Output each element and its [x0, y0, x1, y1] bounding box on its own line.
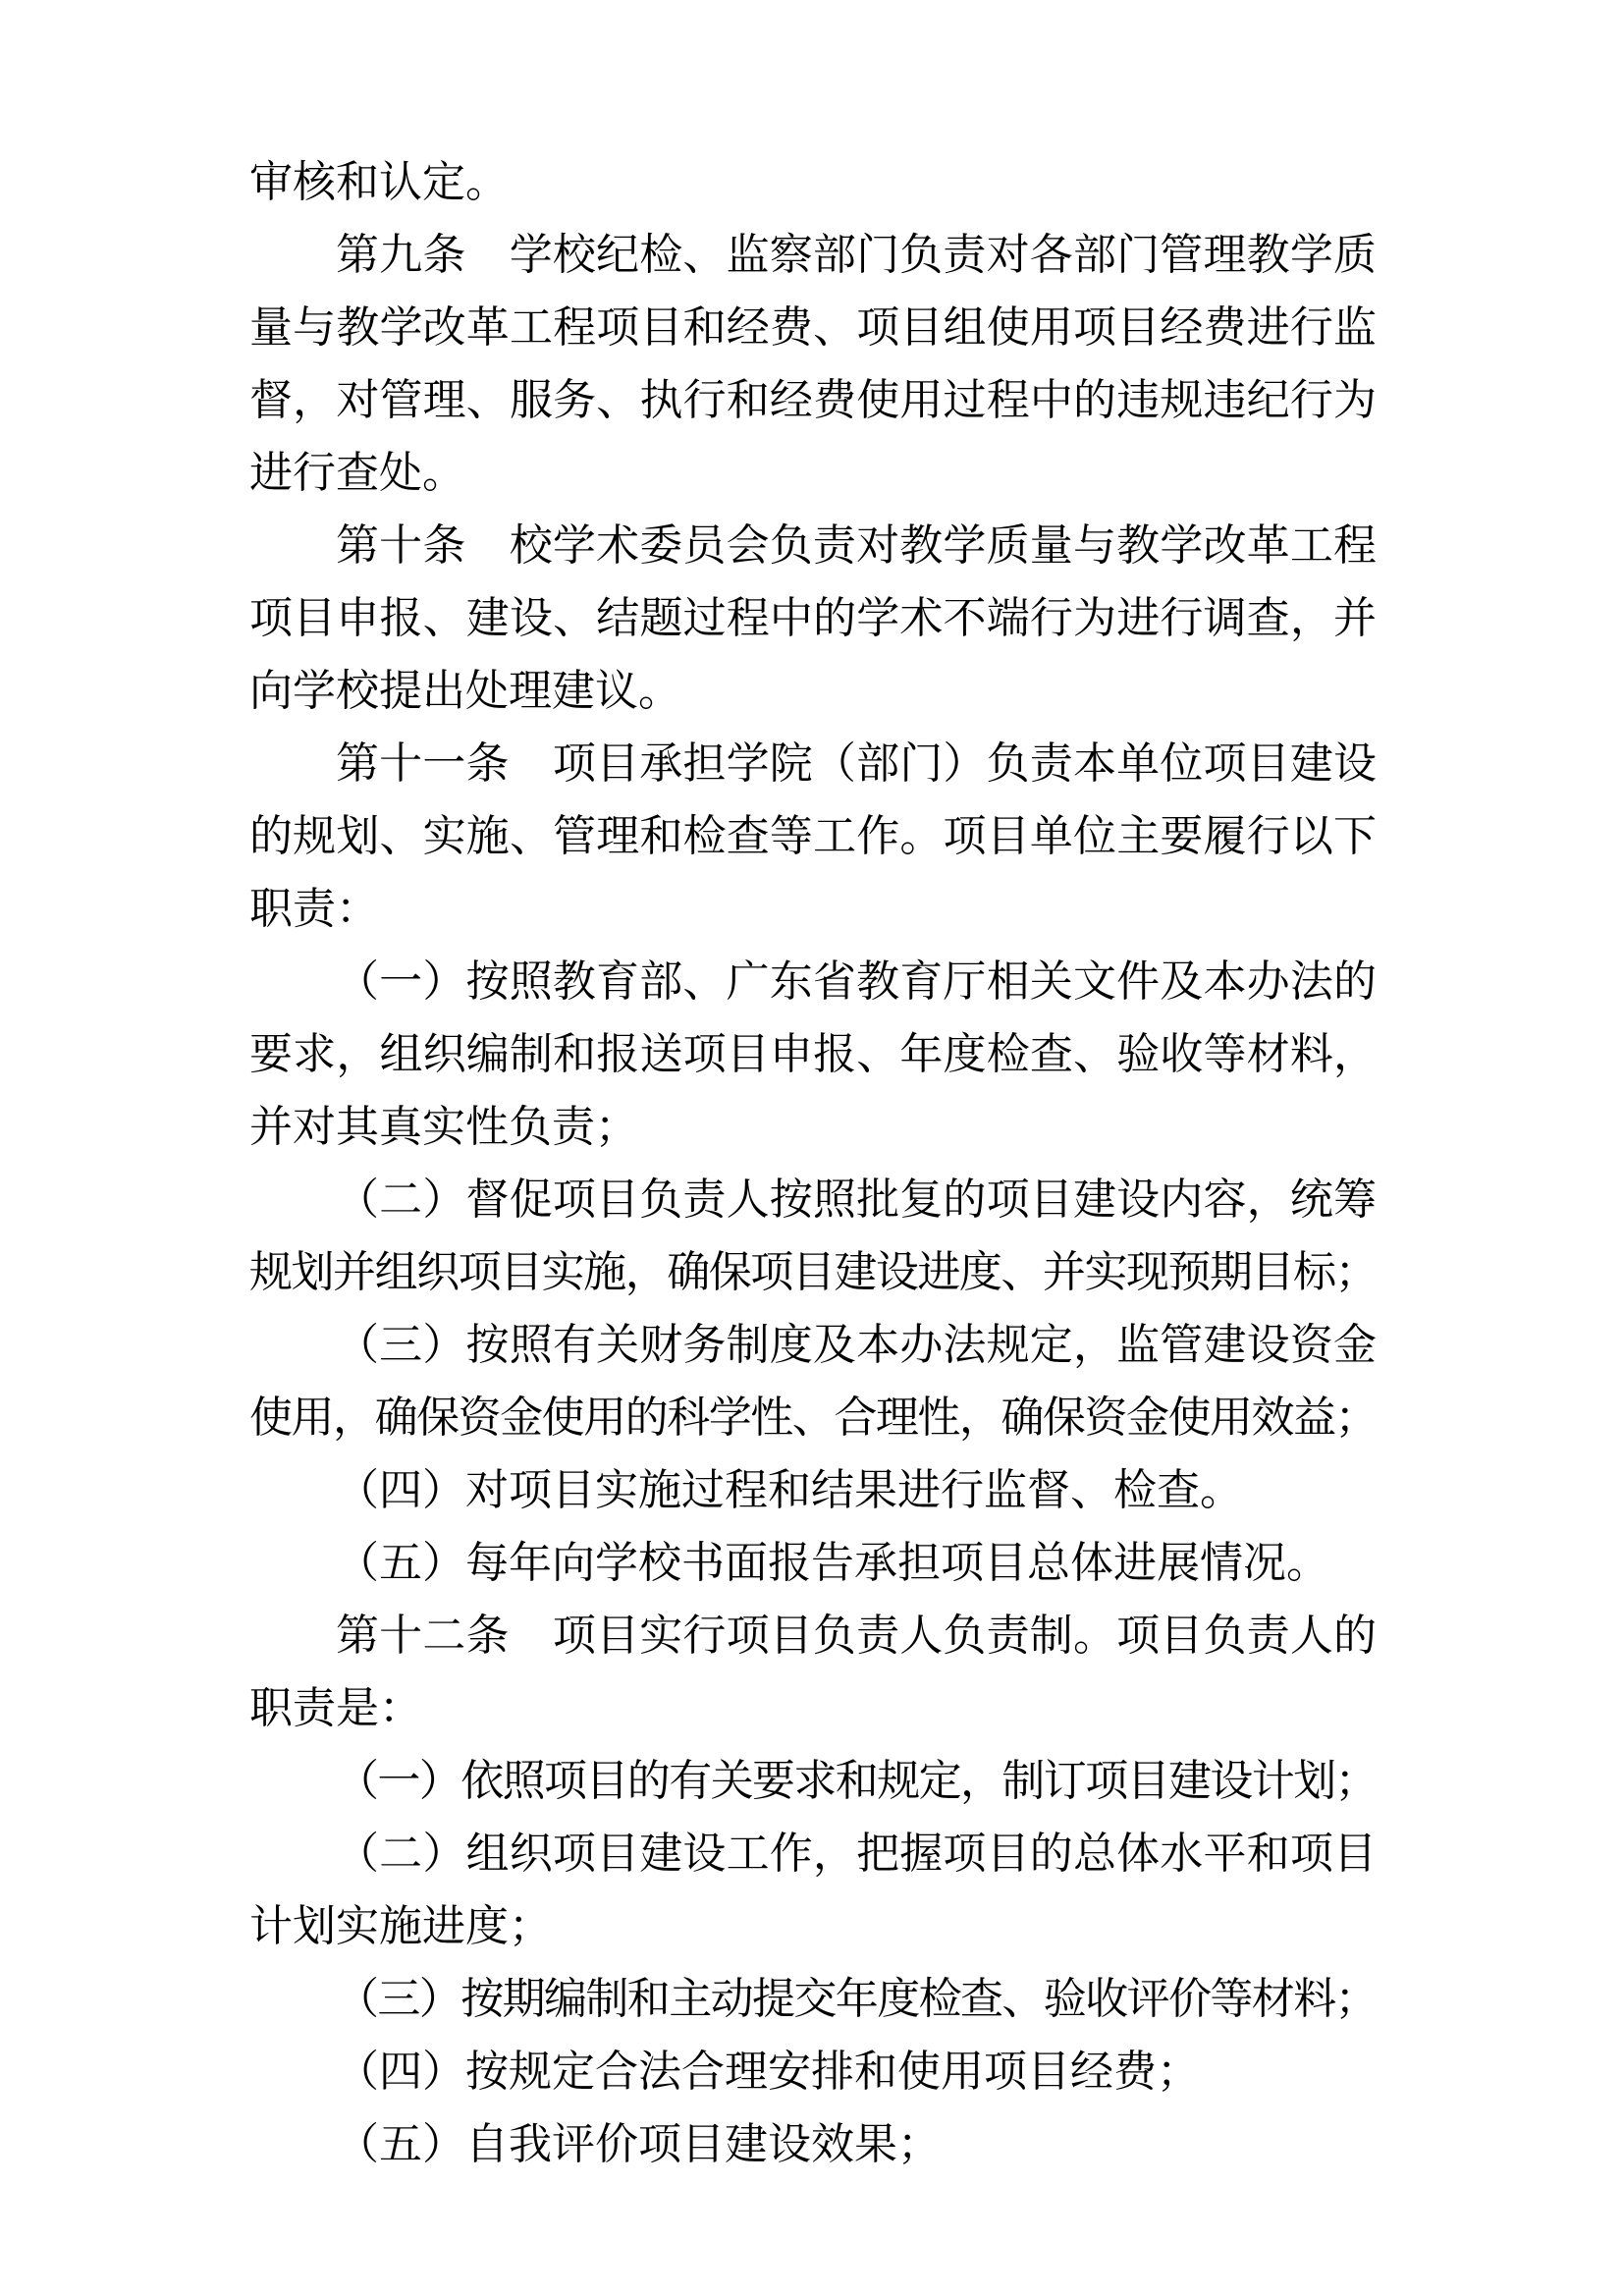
text-line: 督，对管理、服务、执行和经费使用过程中的违规违纪行为 — [249, 364, 1377, 437]
text-line-item-1: （一）依照项目的有关要求和规定，制订项目建设计划； — [249, 1745, 1377, 1818]
text-line-item-3: （三）按照有关财务制度及本办法规定，监管建设资金 — [249, 1309, 1377, 1382]
text-line: 量与教学改革工程项目和经费、项目组使用项目经费进行监 — [249, 292, 1377, 364]
text-line-article-10: 第十条 校学术委员会负责对教学质量与教学改革工程 — [249, 510, 1377, 582]
text-line: 职责： — [249, 873, 1377, 946]
text-line-item-1: （一）按照教育部、广东省教育厅相关文件及本办法的 — [249, 946, 1377, 1018]
text-line-item-4: （四）按规定合法合理安排和使用项目经费； — [249, 2036, 1377, 2108]
text-line: 要求，组织编制和报送项目申报、年度检查、验收等材料， — [249, 1018, 1377, 1091]
text-line: 并对其真实性负责； — [249, 1091, 1377, 1164]
document-body: 审核和认定。 第九条 学校纪检、监察部门负责对各部门管理教学质 量与教学改革工程… — [249, 146, 1377, 2181]
text-line-item-4: （四）对项目实施过程和结果进行监督、检查。 — [249, 1454, 1377, 1527]
text-line: 进行查处。 — [249, 437, 1377, 510]
text-line-item-5: （五）自我评价项目建设效果； — [249, 2108, 1377, 2181]
text-line-item-5: （五）每年向学校书面报告承担项目总体进展情况。 — [249, 1527, 1377, 1600]
text-line: 向学校提出处理建议。 — [249, 655, 1377, 728]
text-line-item-2: （二）组织项目建设工作，把握项目的总体水平和项目 — [249, 1818, 1377, 1890]
text-line: 计划实施进度； — [249, 1890, 1377, 1963]
text-line: 审核和认定。 — [249, 146, 1377, 219]
text-line-article-12: 第十二条 项目实行项目负责人负责制。项目负责人的 — [249, 1600, 1377, 1672]
text-line: 项目申报、建设、结题过程中的学术不端行为进行调查，并 — [249, 582, 1377, 655]
document-page: 审核和认定。 第九条 学校纪检、监察部门负责对各部门管理教学质 量与教学改革工程… — [0, 0, 1623, 2296]
text-line: 的规划、实施、管理和检查等工作。项目单位主要履行以下 — [249, 800, 1377, 873]
text-line: 使用，确保资金使用的科学性、合理性，确保资金使用效益； — [249, 1382, 1377, 1454]
text-line-item-2: （二）督促项目负责人按照批复的项目建设内容，统筹 — [249, 1164, 1377, 1236]
text-line-item-3: （三）按期编制和主动提交年度检查、验收评价等材料； — [249, 1963, 1377, 2036]
text-line: 规划并组织项目实施，确保项目建设进度、并实现预期目标； — [249, 1236, 1377, 1309]
text-line-article-11: 第十一条 项目承担学院（部门）负责本单位项目建设 — [249, 728, 1377, 800]
text-line-article-9: 第九条 学校纪检、监察部门负责对各部门管理教学质 — [249, 219, 1377, 292]
text-line: 职责是： — [249, 1672, 1377, 1745]
